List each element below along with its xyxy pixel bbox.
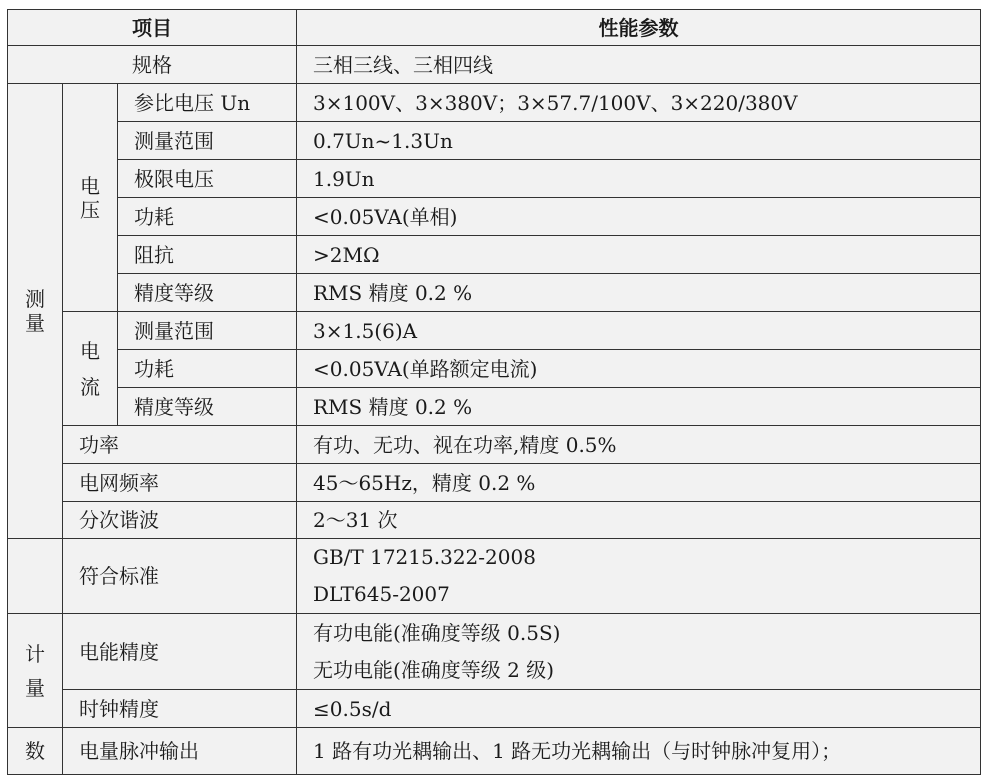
row-value: 有功、无功、视在功率,精度 0.5%	[297, 426, 981, 464]
table-row: 数 电量脉冲输出 1 路有功光耦输出、1 路无功光耦输出（与时钟脉冲复用）；	[8, 728, 981, 775]
row-value: ≤0.5s/d	[297, 690, 981, 728]
row-label: 功耗	[118, 350, 297, 388]
header-param: 性能参数	[297, 10, 981, 46]
subgroup-current: 电流	[63, 312, 118, 426]
group-metering: 计量	[8, 614, 63, 728]
row-value: 45～65Hz，精度 0.2 %	[297, 464, 981, 502]
row-value: <0.05VA(单路额定电流)	[297, 350, 981, 388]
row-value: 1.9Un	[297, 160, 981, 198]
header-row: 项目 性能参数	[8, 10, 981, 46]
row-value: 0.7Un~1.3Un	[297, 122, 981, 160]
row-label: 精度等级	[118, 388, 297, 426]
row-label: 电网频率	[63, 464, 297, 502]
row-label: 极限电压	[118, 160, 297, 198]
row-label: 精度等级	[118, 274, 297, 312]
row-value: <0.05VA(单相)	[297, 198, 981, 236]
table-row: 电网频率 45～65Hz，精度 0.2 %	[8, 464, 981, 502]
row-label: 符合标准	[63, 539, 297, 614]
standard-line: GB/T 17215.322-2008	[313, 539, 980, 576]
row-value: 3×1.5(6)A	[297, 312, 981, 350]
table-row: 测量范围 0.7Un~1.3Un	[8, 122, 981, 160]
subgroup-voltage: 电压	[63, 84, 118, 312]
table-row: 测量 电压 参比电压 Un 3×100V、3×380V；3×57.7/100V、…	[8, 84, 981, 122]
row-value: >2MΩ	[297, 236, 981, 274]
row-value: 3×100V、3×380V；3×57.7/100V、3×220/380V	[297, 84, 981, 122]
table-row: 分次谐波 2～31 次	[8, 502, 981, 539]
table-row: 精度等级 RMS 精度 0.2 %	[8, 388, 981, 426]
table-row: 规格 三相三线、三相四线	[8, 46, 981, 84]
row-value: 有功电能(准确度等级 0.5S) 无功电能(准确度等级 2 级)	[297, 614, 981, 690]
energy-line: 有功电能(准确度等级 0.5S)	[313, 615, 980, 652]
header-item: 项目	[8, 10, 297, 46]
standard-line: DLT645-2007	[313, 576, 980, 613]
row-label: 功率	[63, 426, 297, 464]
row-value: 三相三线、三相四线	[297, 46, 981, 84]
table-row: 电流 测量范围 3×1.5(6)A	[8, 312, 981, 350]
table-row: 功耗 <0.05VA(单相)	[8, 198, 981, 236]
row-value: GB/T 17215.322-2008 DLT645-2007	[297, 539, 981, 614]
row-value: RMS 精度 0.2 %	[297, 274, 981, 312]
group-measurement: 测量	[8, 84, 63, 539]
row-label: 测量范围	[118, 312, 297, 350]
table-row: 阻抗 >2MΩ	[8, 236, 981, 274]
energy-line: 无功电能(准确度等级 2 级)	[313, 652, 980, 689]
table-row: 计量 电能精度 有功电能(准确度等级 0.5S) 无功电能(准确度等级 2 级)	[8, 614, 981, 690]
row-value: 1 路有功光耦输出、1 路无功光耦输出（与时钟脉冲复用）；	[297, 728, 981, 775]
table-row: 极限电压 1.9Un	[8, 160, 981, 198]
table-row: 功耗 <0.05VA(单路额定电流)	[8, 350, 981, 388]
table-row: 精度等级 RMS 精度 0.2 %	[8, 274, 981, 312]
row-value: 2～31 次	[297, 502, 981, 539]
row-label: 参比电压 Un	[118, 84, 297, 122]
spec-table: 项目 性能参数 规格 三相三线、三相四线 测量 电压 参比电压 Un 3×100…	[7, 9, 981, 775]
row-label: 电量脉冲输出	[63, 728, 297, 775]
row-label: 功耗	[118, 198, 297, 236]
row-label: 分次谐波	[63, 502, 297, 539]
row-label: 测量范围	[118, 122, 297, 160]
table-row: 功率 有功、无功、视在功率,精度 0.5%	[8, 426, 981, 464]
row-label: 阻抗	[118, 236, 297, 274]
row-value: RMS 精度 0.2 %	[297, 388, 981, 426]
empty-cell	[8, 539, 63, 614]
group-data: 数	[8, 728, 63, 775]
row-label: 规格	[8, 46, 297, 84]
row-label: 电能精度	[63, 614, 297, 690]
row-label: 时钟精度	[63, 690, 297, 728]
table-row: 符合标准 GB/T 17215.322-2008 DLT645-2007	[8, 539, 981, 614]
table-row: 时钟精度 ≤0.5s/d	[8, 690, 981, 728]
